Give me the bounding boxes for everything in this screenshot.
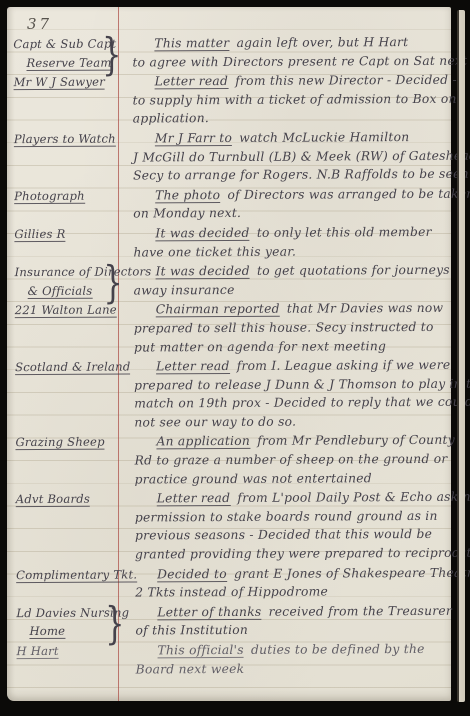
entry-lead-underlined: Decided to bbox=[157, 567, 227, 582]
margin-heading-text: Reserve Team bbox=[26, 55, 111, 70]
margin-heading: Gillies R bbox=[6, 225, 117, 244]
margin-heading: H Hart bbox=[8, 642, 119, 661]
margin-heading: Mr W J Sawyer bbox=[6, 73, 117, 92]
margin-heading-line: Mr W J Sawyer bbox=[14, 73, 107, 92]
entry-lead-underlined: Chairman reported bbox=[156, 302, 280, 318]
margin-heading: Grazing Sheep bbox=[7, 433, 118, 452]
ledger-section: Capt & Sub CaptReserve Team}This matter … bbox=[5, 33, 445, 72]
entry-line: Board next week bbox=[136, 658, 449, 678]
margin-heading: Capt & Sub CaptReserve Team} bbox=[5, 35, 116, 73]
margin-heading-text: Insurance of Directors bbox=[15, 265, 152, 280]
entry-line: This official's duties to be defined by … bbox=[135, 640, 448, 660]
entry-line: on Monday next. bbox=[133, 203, 470, 223]
entry-line: Letter read from this new Director - Dec… bbox=[133, 71, 457, 91]
entry-line: It was decided to get quotations for jou… bbox=[134, 261, 450, 281]
ledger-section: Scotland & IrelandLetter read from I. Le… bbox=[7, 356, 447, 433]
entry-lead-underlined: It was decided bbox=[156, 264, 250, 279]
entry-line: Rd to graze a number of sheep on the gro… bbox=[134, 450, 455, 470]
entry-line: An application from Mr Pendlebury of Cou… bbox=[134, 431, 455, 451]
entry-text: Decided to grant E Jones of Shakespeare … bbox=[119, 563, 470, 602]
brace-mark: } bbox=[103, 261, 123, 305]
entry-line: 2 Tkts instead of Hippodrome bbox=[135, 582, 470, 602]
entry-line: have one ticket this year. bbox=[133, 241, 446, 261]
entry-line: Letter read from L'pool Daily Post & Ech… bbox=[135, 488, 470, 508]
margin-heading-line: Complimentary Tkt. bbox=[16, 565, 109, 584]
entry-line: It was decided to only let this old memb… bbox=[133, 223, 446, 243]
margin-heading-line: Scotland & Ireland bbox=[15, 358, 108, 377]
entry-line: The photo of Directors was arranged to b… bbox=[133, 184, 470, 204]
entry-line: Mr J Farr to watch McLuckie Hamilton bbox=[133, 128, 470, 148]
margin-heading: Ld Davies NursingHome} bbox=[8, 603, 119, 641]
ledger-section: Gillies RIt was decided to only let this… bbox=[6, 223, 446, 262]
margin-heading-text: & Officials bbox=[28, 283, 93, 298]
entry-line: Secy to arrange for Rogers. N.B Raffolds… bbox=[133, 165, 470, 185]
entry-lead-underlined: Letter read bbox=[156, 359, 230, 374]
entry-line: J McGill do Turnbull (LB) & Meek (RW) of… bbox=[133, 146, 470, 166]
margin-heading-line: Photograph bbox=[14, 186, 107, 205]
entry-text: Letter read from L'pool Daily Post & Ech… bbox=[119, 488, 470, 564]
entry-line: prepared to sell this house. Secy instru… bbox=[134, 318, 447, 338]
entry-line: application. bbox=[133, 108, 457, 128]
margin-heading-text: Photograph bbox=[14, 188, 85, 203]
ledger-section: Complimentary Tkt.Decided to grant E Jon… bbox=[8, 563, 448, 602]
margin-heading-line: Insurance of Directors bbox=[15, 263, 108, 282]
entry-lead-underlined: It was decided bbox=[155, 226, 249, 241]
ledger-section: Players to WatchMr J Farr to watch McLuc… bbox=[6, 128, 446, 186]
entry-text: It was decided to get quotations for jou… bbox=[118, 261, 450, 300]
minute-book-page: 37 Capt & Sub CaptReserve Team}This matt… bbox=[7, 7, 451, 701]
photo-background: 37 Capt & Sub CaptReserve Team}This matt… bbox=[0, 0, 470, 716]
entry-line: practice ground was not entertained bbox=[135, 468, 456, 488]
entry-text: It was decided to only let this old memb… bbox=[117, 223, 446, 262]
entry-text: Letter read from I. League asking if we … bbox=[118, 356, 470, 432]
entry-lead-underlined: This official's bbox=[158, 643, 244, 658]
margin-heading-text: Capt & Sub Capt bbox=[13, 37, 116, 52]
entry-line: to supply him with a ticket of admission… bbox=[133, 90, 457, 110]
entry-line: Letter read from I. League asking if we … bbox=[134, 356, 470, 376]
margin-heading-line: Gillies R bbox=[14, 225, 107, 244]
page-number: 37 bbox=[27, 15, 52, 33]
margin-heading-line: Ld Davies Nursing bbox=[16, 603, 109, 622]
entry-text: The photo of Directors was arranged to b… bbox=[117, 184, 470, 223]
ledger-section: Grazing SheepAn application from Mr Pend… bbox=[7, 431, 447, 489]
brace-mark: } bbox=[105, 601, 125, 645]
entry-line: away insurance bbox=[134, 280, 450, 300]
entry-line: permission to stake boards round ground … bbox=[135, 507, 470, 527]
ledger-section: 221 Walton LaneChairman reported that Mr… bbox=[7, 299, 447, 357]
margin-heading: 221 Walton Lane bbox=[7, 301, 118, 320]
entry-line: not see our way to do so. bbox=[134, 411, 470, 431]
ledger-section: Ld Davies NursingHome}Letter of thanks r… bbox=[8, 602, 448, 641]
margin-heading-line: & Officials bbox=[15, 281, 108, 300]
entry-line: put matter on agenda for next meeting bbox=[134, 336, 447, 356]
margin-heading-text: Home bbox=[29, 624, 65, 639]
entry-line: previous seasons - Decided that this wou… bbox=[135, 525, 470, 545]
entry-lead-underlined: Letter of thanks bbox=[157, 605, 261, 621]
entry-lead-underlined: The photo bbox=[155, 188, 220, 203]
entry-text: Letter of thanks received from the Treas… bbox=[119, 602, 452, 641]
brace-mark: } bbox=[102, 33, 122, 77]
entry-text: This matter again left over, but H Hartt… bbox=[116, 33, 467, 72]
ledger-section: Mr W J SawyerLetter read from this new D… bbox=[6, 71, 446, 129]
entry-text: Mr J Farr to watch McLuckie HamiltonJ Mc… bbox=[117, 128, 470, 186]
margin-heading-line: H Hart bbox=[16, 642, 109, 661]
margin-heading-text: H Hart bbox=[17, 644, 59, 659]
margin-heading-text: 221 Walton Lane bbox=[15, 303, 117, 319]
margin-heading-text: Complimentary Tkt. bbox=[16, 567, 137, 583]
margin-heading-line: Players to Watch bbox=[14, 130, 107, 149]
ledger-section: H HartThis official's duties to be defin… bbox=[8, 640, 448, 679]
margin-heading-text: Mr W J Sawyer bbox=[14, 75, 105, 90]
entry-lead-underlined: An application bbox=[156, 434, 250, 449]
margin-heading: Advt Boards bbox=[8, 490, 119, 509]
entry-line: This matter again left over, but H Hart bbox=[132, 33, 467, 53]
entry-lead-underlined: Letter read bbox=[155, 74, 229, 89]
entry-text: This official's duties to be defined by … bbox=[119, 640, 448, 679]
margin-heading-line: Capt & Sub Capt bbox=[13, 35, 106, 54]
entry-line: to agree with Directors present re Capt … bbox=[132, 51, 467, 71]
margin-heading-line: Grazing Sheep bbox=[15, 433, 108, 452]
margin-heading-text: Grazing Sheep bbox=[15, 435, 104, 450]
ledger-section: PhotographThe photo of Directors was arr… bbox=[6, 185, 446, 224]
entry-line: Letter of thanks received from the Treas… bbox=[135, 602, 452, 622]
entry-lead-underlined: Mr J Farr to bbox=[155, 131, 232, 146]
entry-line: granted providing they were prepared to … bbox=[135, 544, 470, 564]
margin-heading-line: Home bbox=[16, 622, 109, 641]
entry-text: Letter read from this new Director - Dec… bbox=[117, 71, 458, 129]
entry-text: Chairman reported that Mr Davies was now… bbox=[118, 299, 447, 357]
margin-heading-text: Advt Boards bbox=[16, 492, 90, 507]
entry-line: of this Institution bbox=[135, 620, 452, 640]
margin-heading: Photograph bbox=[6, 186, 117, 205]
margin-heading-line: Advt Boards bbox=[16, 490, 109, 509]
entry-line: Decided to grant E Jones of Shakespeare … bbox=[135, 563, 470, 583]
entry-line: match on 19th prox - Decided to reply th… bbox=[134, 393, 470, 413]
margin-heading-line: 221 Walton Lane bbox=[15, 301, 108, 320]
margin-heading-line: Reserve Team bbox=[13, 53, 106, 72]
next-page-edge bbox=[457, 10, 465, 702]
entry-lead-underlined: This matter bbox=[154, 36, 229, 51]
margin-heading-text: Scotland & Ireland bbox=[15, 360, 130, 376]
margin-heading-text: Players to Watch bbox=[14, 132, 116, 148]
margin-heading: Insurance of Directors& Officials} bbox=[7, 263, 118, 301]
ledger-section: Insurance of Directors& Officials}It was… bbox=[7, 261, 447, 300]
entry-line: Chairman reported that Mr Davies was now bbox=[134, 299, 447, 319]
ledger-section: Advt BoardsLetter read from L'pool Daily… bbox=[8, 488, 448, 565]
margin-heading-text: Gillies R bbox=[14, 227, 65, 242]
entries-container: Capt & Sub CaptReserve Team}This matter … bbox=[5, 33, 448, 680]
entry-text: An application from Mr Pendlebury of Cou… bbox=[118, 431, 455, 489]
margin-heading: Scotland & Ireland bbox=[7, 358, 118, 377]
margin-heading: Complimentary Tkt. bbox=[8, 565, 119, 584]
margin-heading: Players to Watch bbox=[6, 130, 117, 149]
entry-lead-underlined: Letter read bbox=[157, 491, 231, 506]
entry-line: prepared to release J Dunn & J Thomson t… bbox=[134, 374, 470, 394]
